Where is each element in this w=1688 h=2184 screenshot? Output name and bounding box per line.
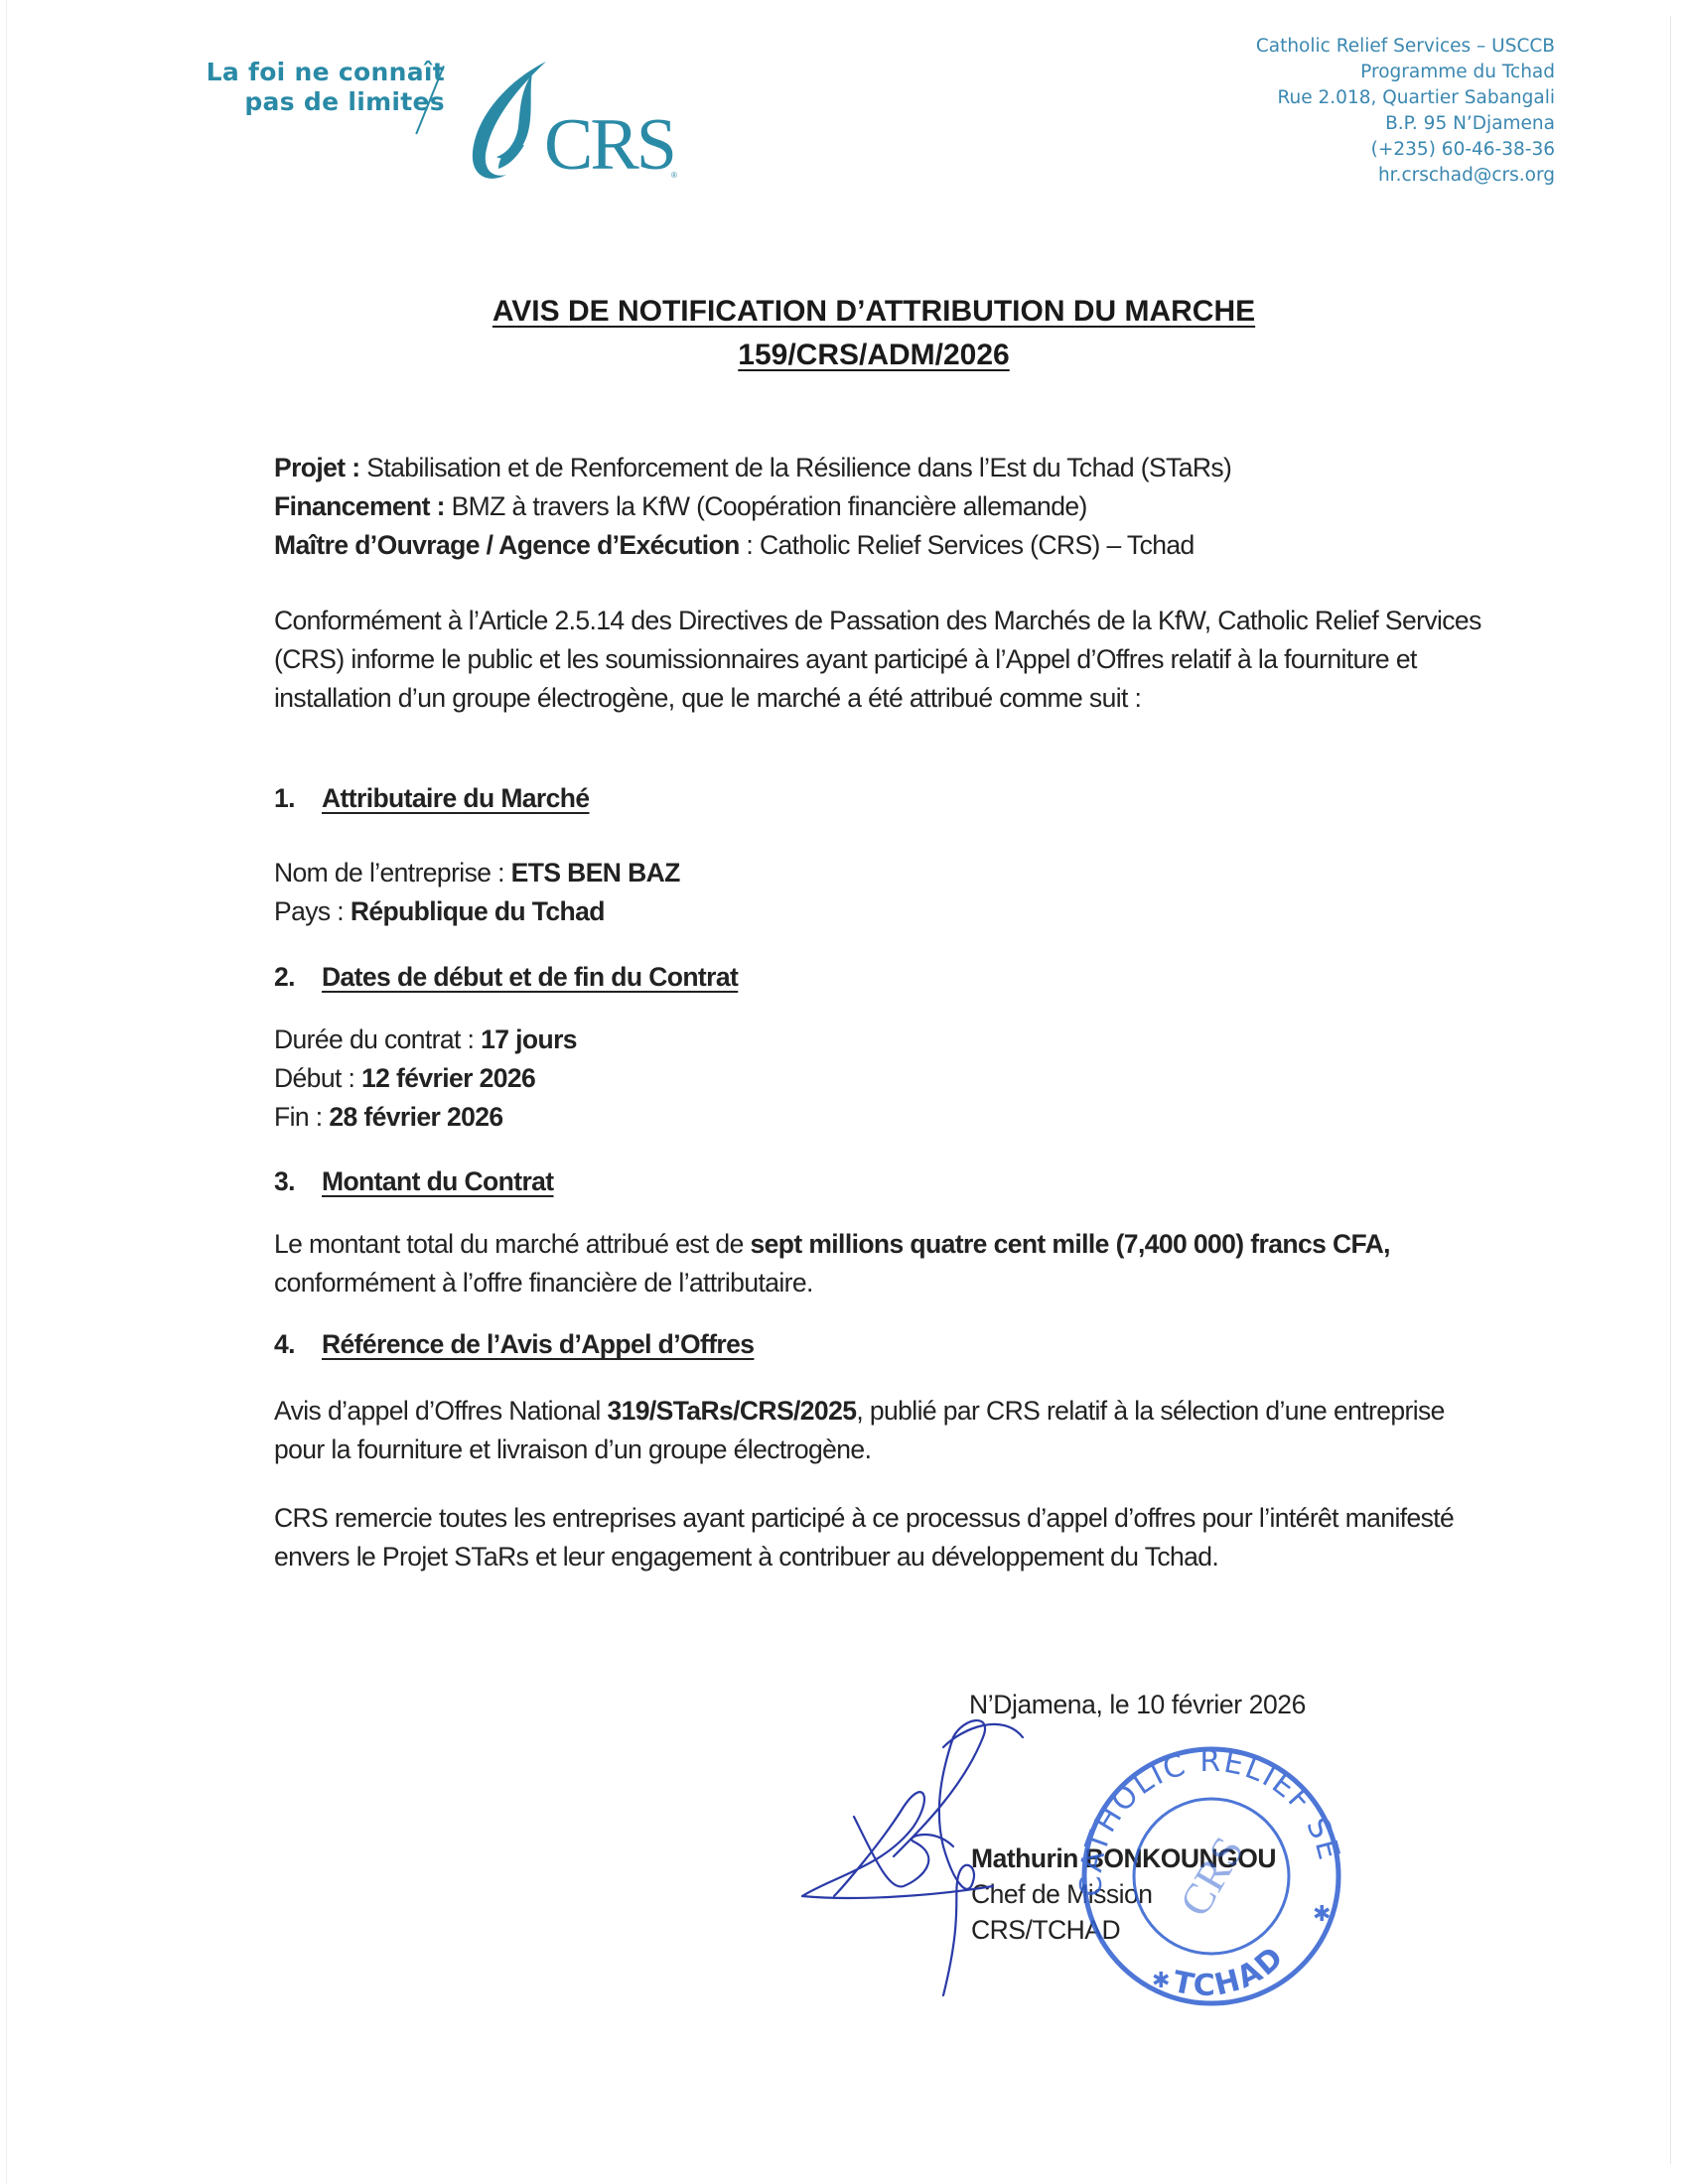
section-heading: 3.Montant du Contrat (274, 1163, 554, 1199)
reference-number: 159/CRS/ADM/2026 (738, 339, 1009, 371)
intro-paragraph: Conformément à l’Article 2.5.14 des Dire… (274, 602, 1495, 718)
country-line: Pays : République du Tchad (274, 892, 1495, 931)
registered-mark: ® (671, 171, 677, 180)
contract-dates: Durée du contrat : 17 jours Début : 12 f… (274, 1021, 1495, 1137)
duration-line: Durée du contrat : 17 jours (274, 1021, 1495, 1059)
svg-text:CRS: CRS (1170, 1829, 1253, 1925)
project-line: Projet : Stabilisation et de Renforcemen… (274, 449, 1495, 487)
end-date-line: Fin : 28 février 2026 (274, 1098, 1495, 1137)
start-date-line: Début : 12 février 2026 (274, 1059, 1495, 1098)
svg-text:✱: ✱ (1152, 1968, 1170, 1992)
crs-logo-text: CRS (544, 105, 674, 185)
sender-address: Catholic Relief Services – USCCB Program… (1256, 34, 1555, 189)
funding-line: Financement : BMZ à travers la KfW (Coop… (274, 487, 1495, 526)
crs-flame-logo-icon (459, 58, 558, 187)
section-heading: 1.Attributaire du Marché (274, 780, 590, 816)
address-line: Programme du Tchad (1256, 60, 1555, 85)
tagline-line: La foi ne connaît (195, 58, 445, 87)
thanks-paragraph: CRS remercie toutes les entreprises ayan… (274, 1499, 1495, 1576)
contract-amount: Le montant total du marché attribué est … (274, 1225, 1495, 1302)
address-email: hr.crschad@crs.org (1256, 163, 1555, 189)
address-line: B.P. 95 N’Djamena (1256, 111, 1555, 137)
section-heading: 2.Dates de début et de fin du Contrat (274, 959, 738, 995)
official-stamp-icon: CATHOLIC RELIEF SERVICES TCHAD CRS ✱ ✱ (1053, 1727, 1350, 2025)
client-line: Maître d’Ouvrage / Agence d’Exécution : … (274, 526, 1495, 565)
project-info: Projet : Stabilisation et de Renforcemen… (274, 449, 1495, 565)
document-title: AVIS DE NOTIFICATION D’ATTRIBUTION DU MA… (0, 290, 1688, 377)
crs-tagline: La foi ne connaît pas de limites (195, 58, 445, 117)
company-line: Nom de l’entreprise : ETS BEN BAZ (274, 854, 1495, 892)
handwritten-signature-icon (794, 1707, 1082, 2005)
address-line: Rue 2.018, Quartier Sabangali (1256, 85, 1555, 111)
tender-reference: Avis d’appel d’Offres National 319/STaRs… (274, 1392, 1495, 1469)
tagline-line: pas de limites (195, 87, 445, 117)
section-heading: 4.Référence de l’Avis d’Appel d’Offres (274, 1326, 754, 1362)
title-line: AVIS DE NOTIFICATION D’ATTRIBUTION DU MA… (492, 295, 1255, 328)
address-line: Catholic Relief Services – USCCB (1256, 34, 1555, 60)
address-phone: (+235) 60-46-38-36 (1256, 137, 1555, 163)
awardee-info: Nom de l’entreprise : ETS BEN BAZ Pays :… (274, 854, 1495, 931)
svg-text:✱: ✱ (1313, 1901, 1331, 1926)
